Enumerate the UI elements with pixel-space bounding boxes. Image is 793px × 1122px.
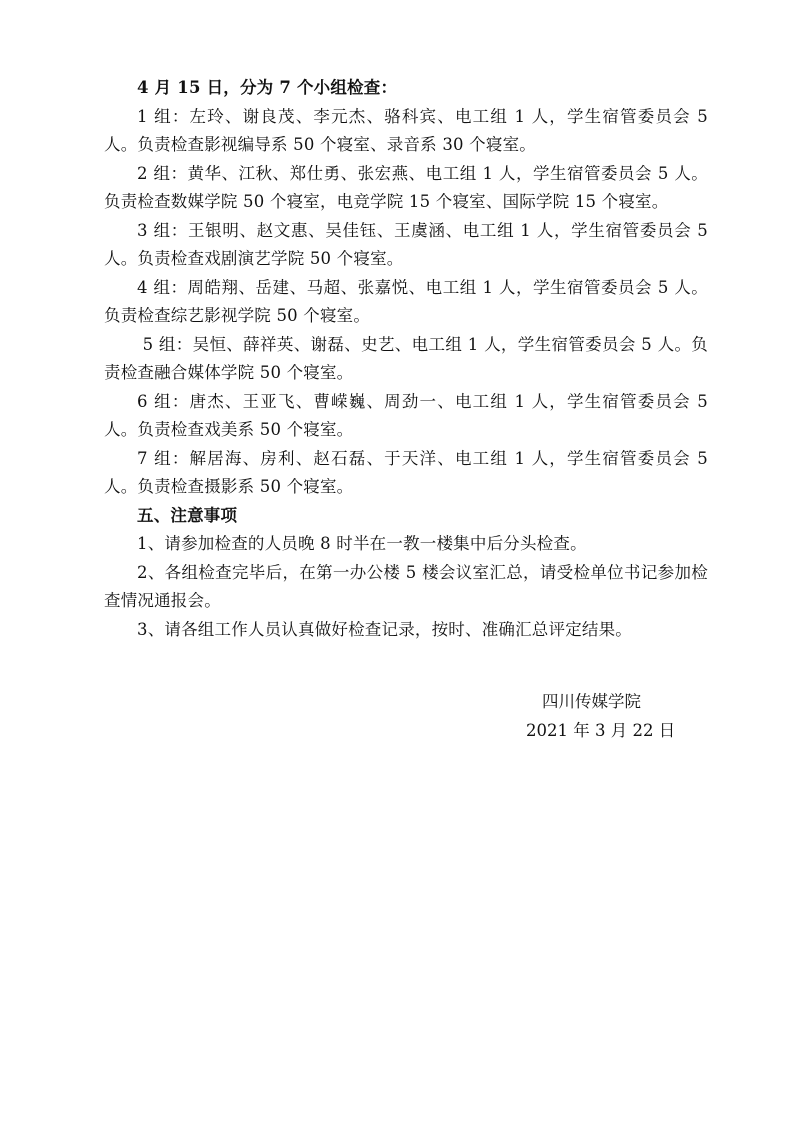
note-3-paragraph: 3、请各组工作人员认真做好检查记录，按时、准确汇总评定结果。 (104, 616, 708, 645)
notes-heading: 五、注意事项 (104, 502, 708, 531)
signature-organization: 四川传媒学院 (520, 688, 710, 717)
group-5-paragraph: 5 组：吴恒、薛祥英、谢磊、史艺、电工组 1 人，学生宿管委员会 5 人。负责检… (104, 331, 708, 388)
schedule-heading: 4 月 15 日，分为 7 个小组检查： (104, 74, 708, 103)
document-body: 4 月 15 日，分为 7 个小组检查： 1 组：左玲、谢良茂、李元杰、骆科宾、… (104, 74, 708, 644)
group-3-paragraph: 3 组：王银明、赵文惠、吴佳钰、王虞涵、电工组 1 人，学生宿管委员会 5 人。… (104, 217, 708, 274)
signature-block: 四川传媒学院 2021 年 3 月 22 日 (520, 688, 710, 745)
signature-date: 2021 年 3 月 22 日 (520, 717, 710, 746)
note-1-paragraph: 1、请参加检查的人员晚 8 时半在一教一楼集中后分头检查。 (104, 530, 708, 559)
group-6-paragraph: 6 组：唐杰、王亚飞、曹嵘巍、周劲一、电工组 1 人，学生宿管委员会 5 人。负… (104, 388, 708, 445)
group-2-paragraph: 2 组：黄华、江秋、郑仕勇、张宏燕、电工组 1 人，学生宿管委员会 5 人。负责… (104, 160, 708, 217)
group-1-paragraph: 1 组：左玲、谢良茂、李元杰、骆科宾、电工组 1 人，学生宿管委员会 5 人。负… (104, 103, 708, 160)
document-page: 4 月 15 日，分为 7 个小组检查： 1 组：左玲、谢良茂、李元杰、骆科宾、… (0, 0, 793, 1122)
group-4-paragraph: 4 组：周皓翔、岳建、马超、张嘉悦、电工组 1 人，学生宿管委员会 5 人。负责… (104, 274, 708, 331)
note-2-paragraph: 2、各组检查完毕后，在第一办公楼 5 楼会议室汇总，请受检单位书记参加检查情况通… (104, 559, 708, 616)
group-7-paragraph: 7 组：解居海、房利、赵石磊、于天洋、电工组 1 人，学生宿管委员会 5 人。负… (104, 445, 708, 502)
